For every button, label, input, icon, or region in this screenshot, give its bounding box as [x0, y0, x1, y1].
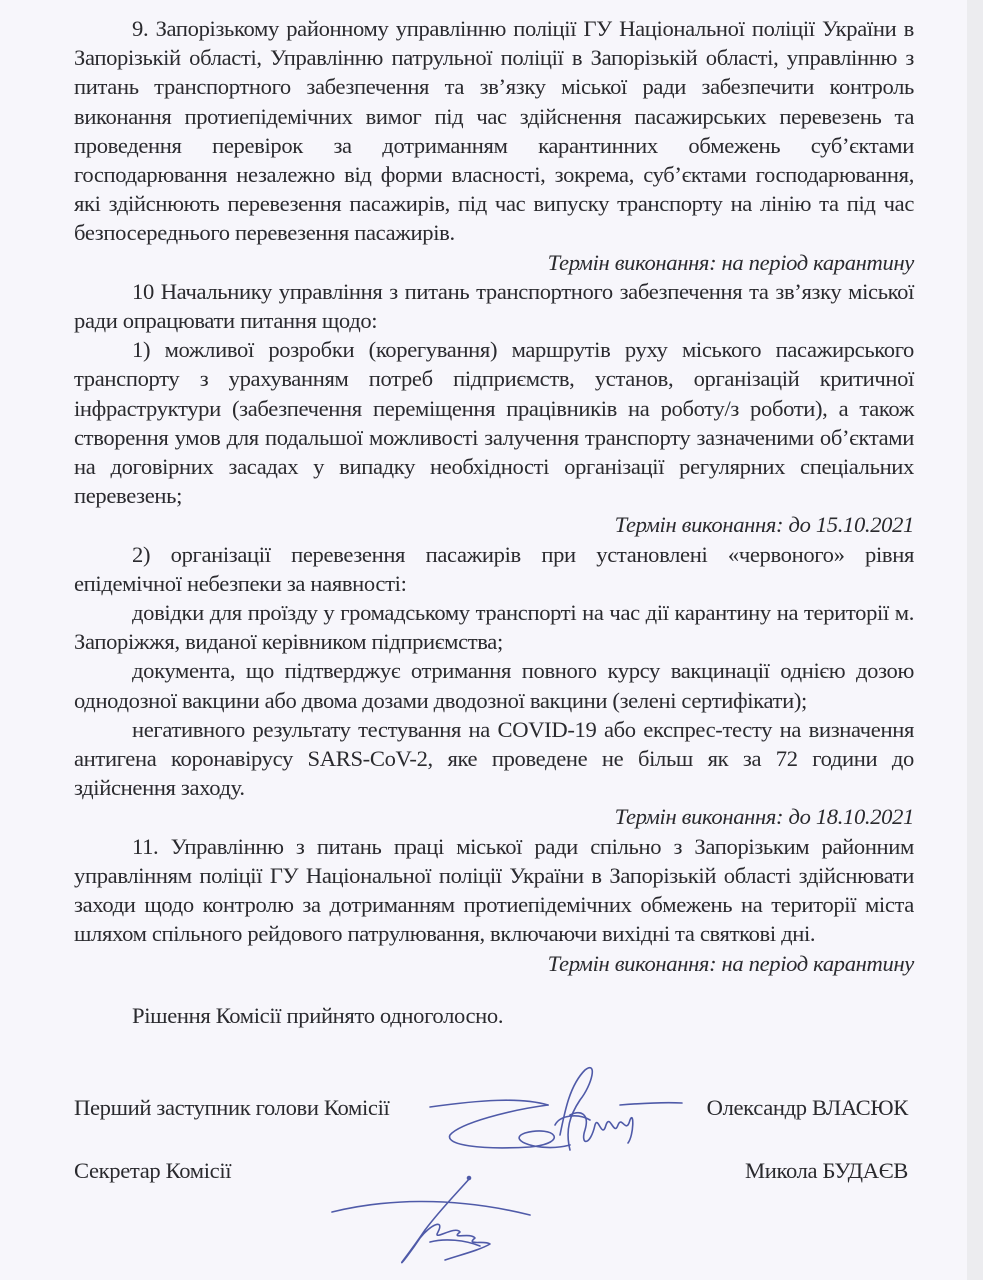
signatory-role: Перший заступник голови Комісії [74, 1095, 389, 1121]
paragraph-item-10: 10 Начальнику управління з питань трансп… [74, 277, 914, 335]
handwritten-signature-icon [420, 1055, 690, 1165]
signatory-name: Олександр ВЛАСЮК [707, 1095, 908, 1121]
paragraph-item-10-2-a: довідки для проїзду у громадському транс… [74, 598, 914, 656]
signatory-name: Микола БУДАЄВ [745, 1158, 908, 1184]
deadline-item-9: Термін виконання: на період карантину [74, 248, 914, 277]
signatory-role: Секретар Комісії [74, 1158, 231, 1184]
paragraph-item-10-1: 1) можливої розробки (корегування) маршр… [74, 335, 914, 510]
paragraph-item-10-2-b: документа, що підтверджує отримання повн… [74, 656, 914, 714]
paragraph-item-10-2-c: негативного результату тестування на COV… [74, 715, 914, 803]
deadline-item-10-2: Термін виконання: до 18.10.2021 [74, 802, 914, 831]
paragraph-item-10-2: 2) організації перевезення пасажирів при… [74, 540, 914, 598]
document-body: 9. Запорізькому районному управлінню пол… [74, 14, 914, 1030]
document-page: 9. Запорізькому районному управлінню пол… [0, 0, 967, 1280]
handwritten-signature-icon [320, 1170, 540, 1275]
paragraph-item-11: 11. Управлінню з питань праці міської ра… [74, 832, 914, 949]
deadline-item-11: Термін виконання: на період карантину [74, 949, 914, 978]
decision-statement: Рішення Комісії прийнято одноголосно. [74, 1001, 914, 1030]
paragraph-item-9: 9. Запорізькому районному управлінню пол… [74, 14, 914, 248]
deadline-item-10-1: Термін виконання: до 15.10.2021 [74, 510, 914, 539]
